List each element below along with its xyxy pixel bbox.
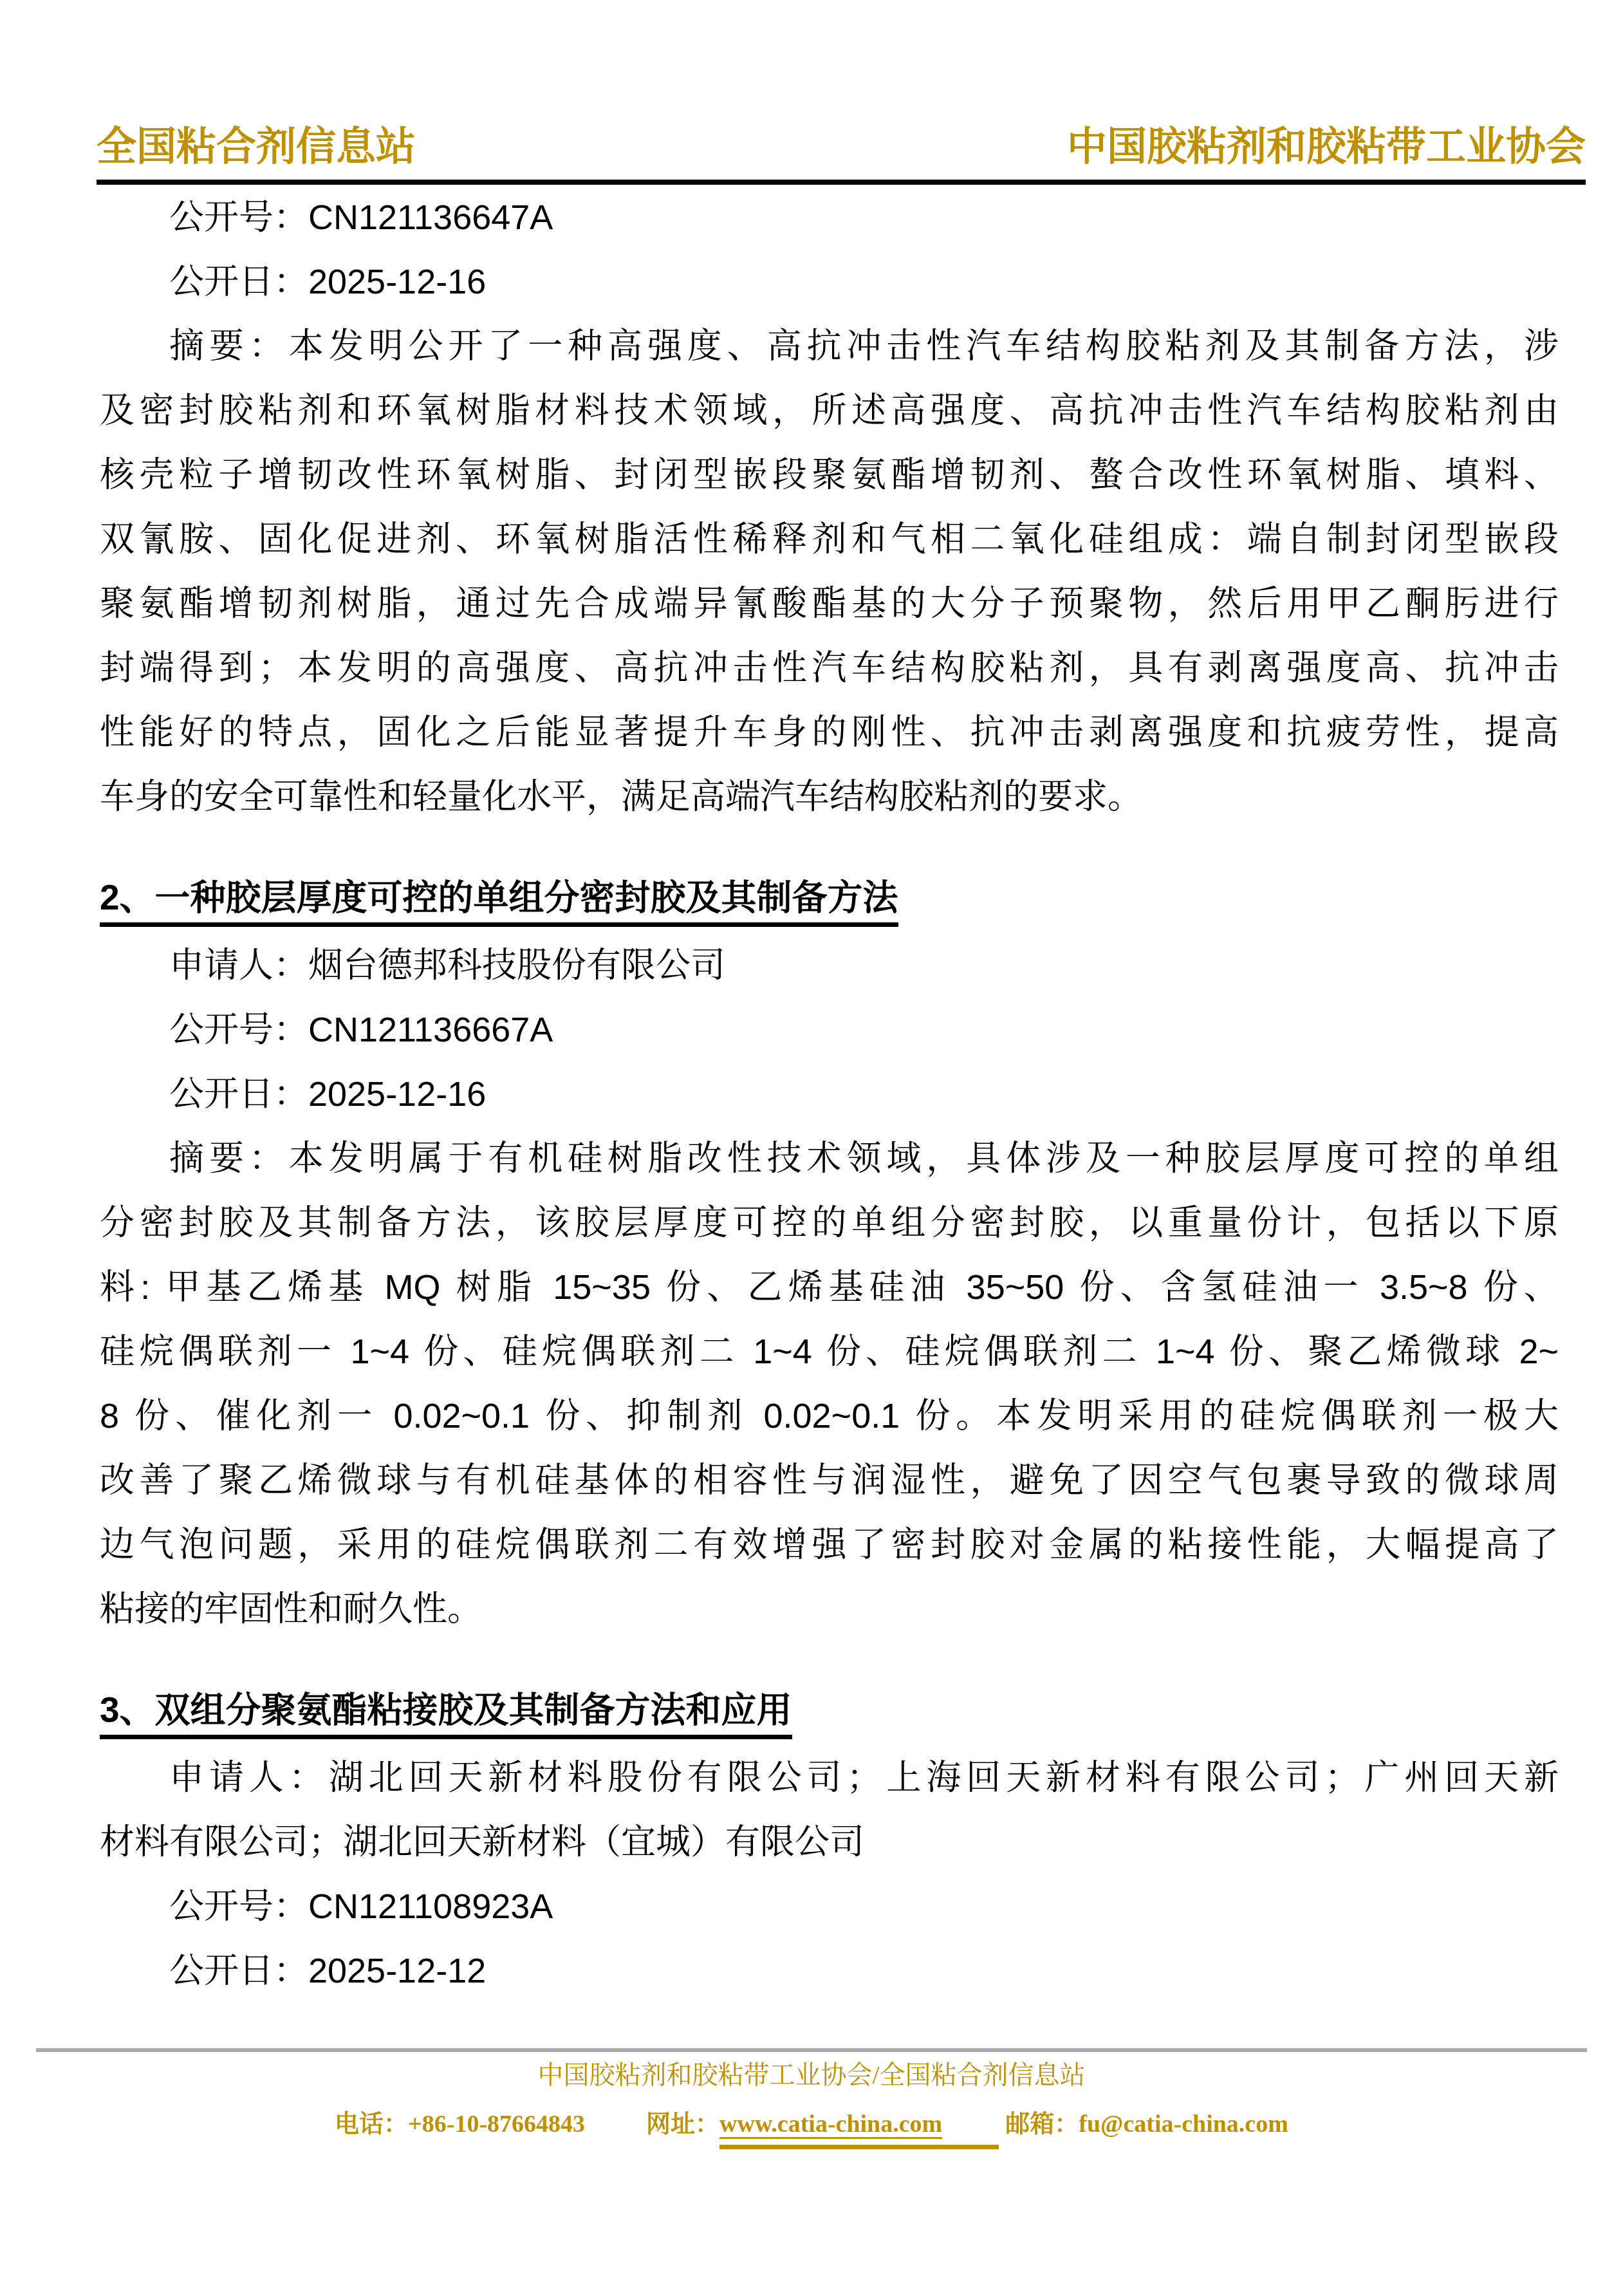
footer-email-label: 邮箱：	[1005, 2111, 1079, 2138]
footer-tel-label: 电话：	[335, 2111, 408, 2138]
pub-number-value: CN121108923A	[308, 1887, 553, 1926]
abstract-line: 料: 甲基乙烯基 MQ 树脂 15~35 份、乙烯基硅油 35~50 份、含氢硅…	[100, 1255, 1559, 1320]
section-heading: 3、双组分聚氨酯粘接胶及其制备方法和应用	[100, 1680, 1559, 1739]
abstract-paragraph: 摘要：本发明属于有机硅树脂改性技术领域，具体涉及一种胶层厚度可控的单组 分密封胶…	[100, 1126, 1559, 1641]
pub-number-value: CN121136647A	[308, 198, 553, 237]
abstract-line: 及密封胶粘剂和环氧树脂材料技术领域，所述高强度、高抗冲击性汽车结构胶粘剂由	[100, 378, 1559, 443]
pub-date-label: 公开日：	[169, 1952, 308, 1990]
footer-org-line: 中国胶粘剂和胶粘带工业协会/全国粘合剂信息站	[0, 2055, 1623, 2091]
abstract-line: 核壳粒子增韧改性环氧树脂、封闭型嵌段聚氨酯增韧剂、螯合改性环氧树脂、填料、	[100, 443, 1559, 507]
pub-date-label: 公开日：	[169, 1075, 308, 1114]
applicant-paragraph: 申请人：湖北回天新材料股份有限公司；上海回天新材料有限公司；广州回天新 材料有限…	[100, 1746, 1559, 1874]
abstract-line: 摘要：本发明属于有机硅树脂改性技术领域，具体涉及一种胶层厚度可控的单组	[100, 1126, 1559, 1191]
applicant-line: 材料有限公司；湖北回天新材料（宜城）有限公司	[100, 1810, 1559, 1874]
abstract-line: 改善了聚乙烯微球与有机硅基体的相容性与润湿性，避免了因空气包裹导致的微球周	[100, 1448, 1559, 1513]
header-left-title: 全国粘合剂信息站	[97, 115, 416, 172]
abstract-paragraph: 摘要：本发明公开了一种高强度、高抗冲击性汽车结构胶粘剂及其制备方法，涉 及密封胶…	[100, 314, 1559, 829]
abstract-line: 8 份、催化剂一 0.02~0.1 份、抑制剂 0.02~0.1 份。本发明采用…	[100, 1384, 1559, 1448]
page-header: 全国粘合剂信息站 中国胶粘剂和胶粘带工业协会	[97, 115, 1586, 185]
section-heading-text: 2、一种胶层厚度可控的单组分密封胶及其制备方法	[100, 877, 898, 927]
pub-number-value: CN121136667A	[308, 1011, 553, 1049]
pub-date-row: 公开日：2025-12-16	[100, 1062, 1559, 1126]
footer-contact-line: 电话：+86-10-87664843网址：www.catia-china.com…	[0, 2104, 1623, 2149]
applicant-row: 申请人：烟台德邦科技股份有限公司	[100, 933, 1559, 998]
pub-date-value: 2025-12-16	[308, 263, 486, 301]
pub-number-row: 公开号：CN121108923A	[100, 1874, 1559, 1939]
footer-web-label: 网址：	[646, 2111, 719, 2138]
applicant-line: 申请人：湖北回天新材料股份有限公司；上海回天新材料有限公司；广州回天新	[100, 1746, 1559, 1810]
footer-email-value: fu@catia-china.com	[1079, 2111, 1288, 2138]
pub-date-row: 公开日：2025-12-12	[100, 1939, 1559, 2003]
abstract-line: 硅烷偶联剂一 1~4 份、硅烷偶联剂二 1~4 份、硅烷偶联剂二 1~4 份、聚…	[100, 1320, 1559, 1384]
pub-date-label: 公开日：	[169, 263, 308, 301]
abstract-line: 双氰胺、固化促进剂、环氧树脂活性稀释剂和气相二氧化硅组成：端自制封闭型嵌段	[100, 507, 1559, 572]
applicant-value: 烟台德邦科技股份有限公司	[308, 946, 725, 985]
pub-date-row: 公开日：2025-12-16	[100, 250, 1559, 314]
section-heading-text: 3、双组分聚氨酯粘接胶及其制备方法和应用	[100, 1690, 792, 1739]
pub-number-row: 公开号：CN121136667A	[100, 998, 1559, 1062]
abstract-line: 边气泡问题，采用的硅烷偶联剂二有效增强了密封胶对金属的粘接性能，大幅提高了	[100, 1513, 1559, 1577]
document-body: 公开号：CN121136647A 公开日：2025-12-16 摘要：本发明公开…	[100, 185, 1559, 2003]
pub-number-row: 公开号：CN121136647A	[100, 185, 1559, 250]
pub-date-value: 2025-12-12	[308, 1952, 486, 1990]
applicant-label: 申请人：	[169, 946, 308, 985]
pub-number-label: 公开号：	[169, 1887, 308, 1926]
abstract-line: 车身的安全可靠性和轻量化水平，满足高端汽车结构胶粘剂的要求。	[100, 765, 1559, 829]
abstract-line: 分密封胶及其制备方法，该胶层厚度可控的单组分密封胶，以重量份计，包括以下原	[100, 1191, 1559, 1255]
pub-number-label: 公开号：	[169, 198, 308, 237]
footer-divider	[36, 2048, 1587, 2052]
pub-date-value: 2025-12-16	[308, 1075, 486, 1114]
document-page: 全国粘合剂信息站 中国胶粘剂和胶粘带工业协会 公开号：CN121136647A …	[0, 0, 1623, 2296]
footer-url-link[interactable]: www.catia-china.com	[719, 2111, 942, 2138]
footer-tel-value: +86-10-87664843	[408, 2111, 585, 2138]
pub-number-label: 公开号：	[169, 1011, 308, 1049]
abstract-line: 摘要：本发明公开了一种高强度、高抗冲击性汽车结构胶粘剂及其制备方法，涉	[100, 314, 1559, 378]
abstract-line: 聚氨酯增韧剂树脂，通过先合成端异氰酸酯基的大分子预聚物，然后用甲乙酮肟进行	[100, 572, 1559, 636]
abstract-line: 性能好的特点，固化之后能显著提升车身的刚性、抗冲击剥离强度和抗疲劳性，提高	[100, 700, 1559, 765]
header-right-title: 中国胶粘剂和胶粘带工业协会	[1067, 115, 1586, 172]
section-heading: 2、一种胶层厚度可控的单组分密封胶及其制备方法	[100, 868, 1559, 927]
footer-url-underline: www.catia-china.com	[719, 2110, 999, 2149]
abstract-line: 封端得到；本发明的高强度、高抗冲击性汽车结构胶粘剂，具有剥离强度高、抗冲击	[100, 636, 1559, 700]
abstract-line: 粘接的牢固性和耐久性。	[100, 1577, 1559, 1641]
